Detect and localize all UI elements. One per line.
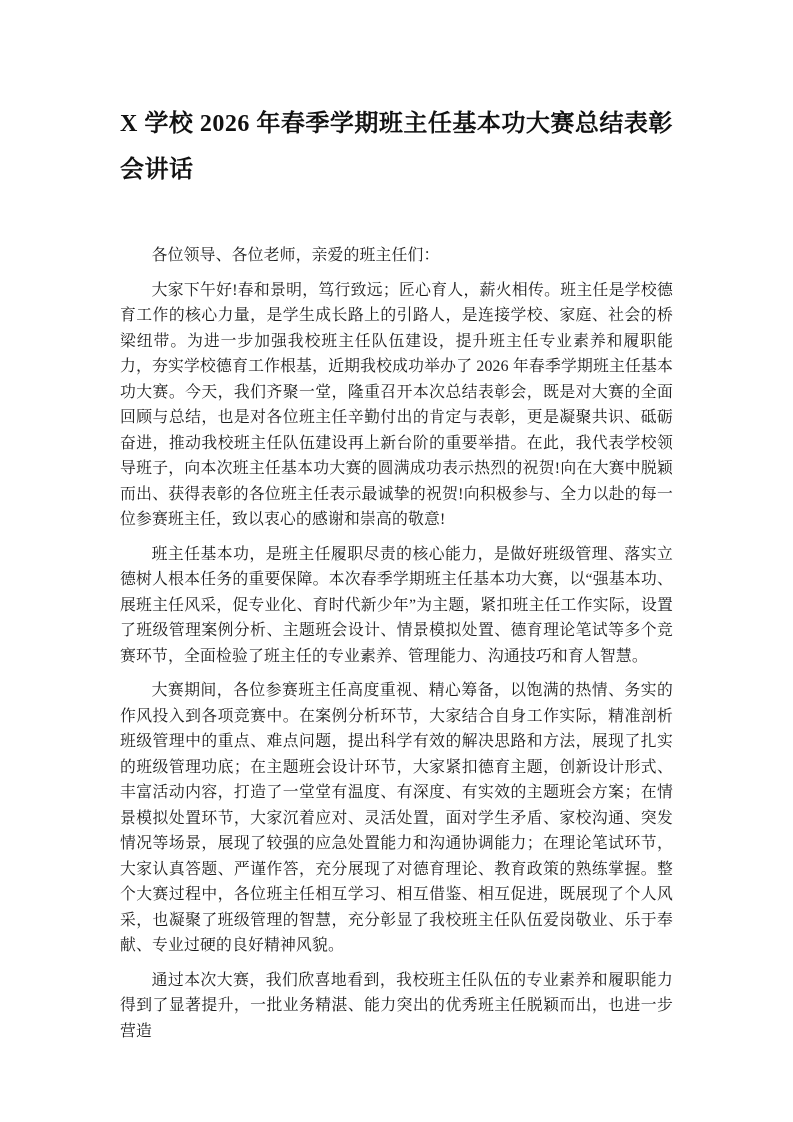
document-page: X 学校 2026 年春季学期班主任基本功大赛总结表彰会讲话 各位领导、各位老师… <box>0 0 793 1122</box>
document-body: 各位领导、各位老师，亲爱的班主任们： 大家下午好!春和景明，笃行致远；匠心育人，… <box>120 243 673 1044</box>
paragraph: 大赛期间，各位参赛班主任高度重视、精心筹备，以饱满的热情、务实的作风投入到各项竞… <box>120 678 673 959</box>
paragraph: 通过本次大赛，我们欣喜地看到，我校班主任队伍的专业素养和履职能力得到了显著提升，… <box>120 968 673 1045</box>
paragraph-greeting: 各位领导、各位老师，亲爱的班主任们： <box>120 243 673 269</box>
paragraph: 大家下午好!春和景明，笃行致远；匠心育人，薪火相传。班主任是学校德育工作的核心力… <box>120 278 673 533</box>
paragraph: 班主任基本功，是班主任履职尽责的核心能力，是做好班级管理、落实立德树人根本任务的… <box>120 542 673 670</box>
document-title: X 学校 2026 年春季学期班主任基本功大赛总结表彰会讲话 <box>120 101 673 193</box>
